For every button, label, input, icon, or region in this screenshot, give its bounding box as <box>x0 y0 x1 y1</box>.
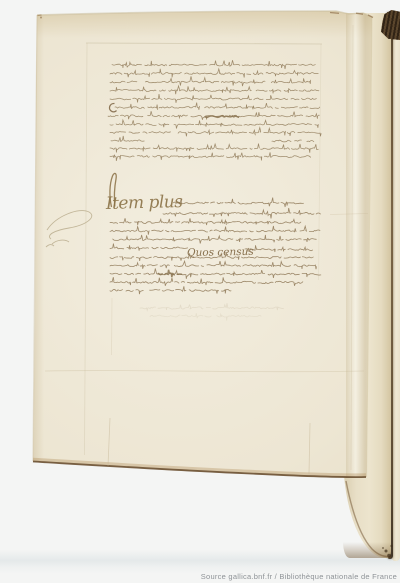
page-top-shading <box>30 10 380 38</box>
parchment-page <box>0 0 400 583</box>
source-attribution: Source gallica.bnf.fr / Bibliothèque nat… <box>201 572 397 581</box>
manuscript-scan-image: Item plus Quos census Source gallica.bnf… <box>0 0 400 583</box>
far-page-sliver <box>392 12 400 561</box>
source-attribution-text: Source gallica.bnf.fr / Bibliothèque nat… <box>201 572 397 581</box>
page-left-shading <box>30 10 44 470</box>
scan-shadow-band <box>0 550 400 574</box>
